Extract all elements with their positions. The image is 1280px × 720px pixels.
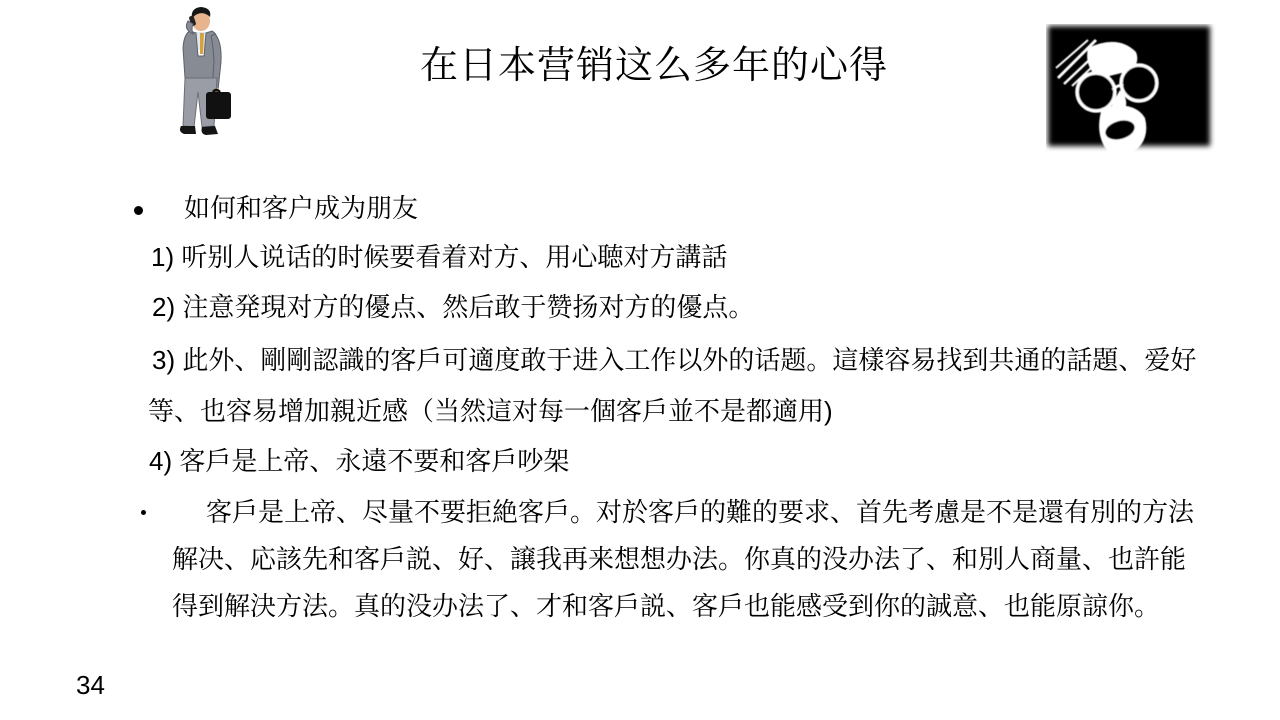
list-line-4: 4) 客戶是上帝、永遠不要和客戶吵架 [149, 446, 569, 477]
face-glasses-left-lens [1077, 73, 1115, 111]
list-line-1: 1) 听别人说话的时候要看着对方、用心聴对方講話 [151, 242, 727, 273]
paragraph-line-2: 解决、応該先和客戶説、好、譲我再来想想办法。你真的没办法了、和別人商量、也許能 [172, 544, 1186, 575]
sub-bullet-dot [141, 510, 146, 515]
clipart-briefcase [206, 92, 231, 119]
page-number: 34 [76, 670, 105, 701]
face-glasses-right-lens [1121, 65, 1157, 101]
bullet-dot [134, 206, 143, 215]
clipart-shoe-right [202, 126, 219, 135]
list-line-3-continued: 等、也容易增加親近感（当然這对每一個客戶並不是都適用) [148, 396, 833, 427]
shocked-face-image [1046, 24, 1218, 154]
list-line-3: 3) 此外、剛剛認識的客戶可適度敢于进入工作以外的话题。這樣容易找到共通的話題、… [152, 345, 1196, 376]
list-line-2: 2) 注意発現对方的優点、然后敢于赞扬对方的優点。 [152, 292, 754, 323]
clipart-shoe-left [180, 126, 196, 134]
slide-canvas: 在日本营销这么多年的心得 [0, 0, 1280, 720]
paragraph-line-3: 得到解決方法。真的没办法了、才和客戶説、客戶也能感受到你的誠意、也能原諒你。 [172, 591, 1160, 622]
paragraph-line-1: 客戶是上帝、尽量不要拒絶客戶。对於客戶的難的要求、首先考慮是不是還有別的方法 [206, 497, 1194, 528]
bullet-heading: 如何和客户成为朋友 [184, 193, 418, 224]
clipart-arm-raised [186, 21, 193, 34]
